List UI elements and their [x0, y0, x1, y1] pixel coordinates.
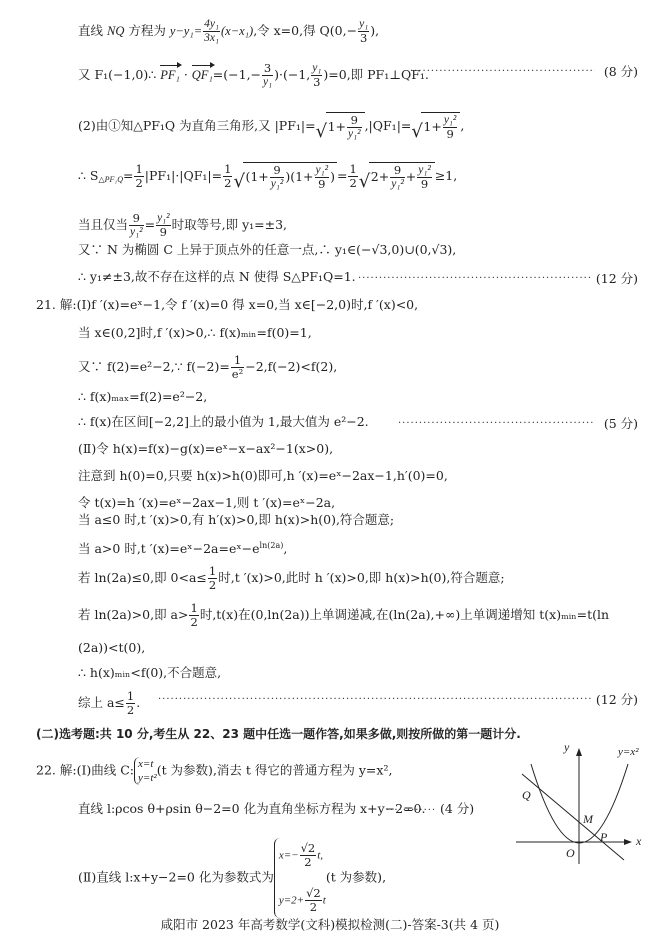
- q21-line-13: (2a))<t(0),: [78, 640, 145, 656]
- answer-key-page: 直线 NQ 方程为 y−y₁=4y₁3x₁(x−x₁),令 x=0,得 Q(0,…: [0, 0, 660, 951]
- score-label: (8 分): [604, 62, 638, 80]
- q21-line-11: 若 ln(2a)≤0,即 0<a≤12时,t ′(x)>0,此时 h ′(x)>…: [78, 565, 505, 592]
- q21-line-5: ∴ f(x)在区间[−2,2]上的最小值为 1,最大值为 e²−2.: [78, 414, 369, 430]
- y-axis-arrow-icon: [576, 748, 582, 756]
- fraction: y₁3: [311, 62, 322, 89]
- q21-line-1: 21. 解:(Ⅰ)f ′(x)=eˣ−1,令 f ′(x)=0 得 x=0,当 …: [36, 297, 418, 313]
- q21-line-15: 综上 a≤12.: [78, 690, 140, 717]
- line-no-point: ∴ y₁≠±3,故不存在这样的点 N 使得 S△PF₁Q=1.: [78, 269, 356, 285]
- line-nq-equation: 直线 NQ 方程为 y−y₁=4y₁3x₁(x−x₁),令 x=0,得 Q(0,…: [78, 18, 379, 45]
- fraction: y₁3: [358, 18, 369, 45]
- score-label: (12 分): [596, 690, 638, 708]
- q22-line-3: (Ⅱ)直线 l:x+y−2=0 化为参数式为x=−√22t,y=2+√22t(t…: [78, 838, 386, 918]
- parabola-line-graph: y x y=x² Q M P O: [508, 742, 658, 867]
- leader-dots: ········································…: [358, 273, 593, 284]
- leader-dots: ········································…: [158, 694, 593, 705]
- q21-line-10: 当 a>0 时,t ′(x)=eˣ−2a=eˣ−eln(2a),: [78, 538, 287, 557]
- leader-dots: ········································…: [410, 66, 595, 77]
- q22-line-1: 22. 解:(Ⅰ)曲线 C:x=ty=t²(t 为参数),消去 t 得它的普通方…: [36, 757, 392, 785]
- curve-label: y=x²: [618, 746, 639, 758]
- q21-line-14: ∴ h(x)ₘᵢₙ<f(0),不合题意,: [78, 665, 221, 681]
- score-label: (4 分): [440, 801, 474, 817]
- page-footer: 咸阳市 2023 年高考数学(文科)模拟检测(二)-答案-3(共 4 页): [0, 915, 660, 933]
- q21-line-2: 当 x∈(0,2]时,f ′(x)>0,∴ f(x)ₘᵢₙ=f(0)=1,: [78, 325, 312, 341]
- line-ellipse-range: 又∵ N 为椭圆 C 上异于顶点外的任意一点,∴ y₁∈(−√3,0)∪(0,√…: [78, 242, 456, 258]
- line-right-triangle: (2)由①知△PF₁Q 为直角三角形,又 |PF₁|=√1+9y₁²,|QF₁|…: [78, 112, 464, 141]
- score-label: (5 分): [604, 414, 638, 432]
- fraction: 4y₁3x₁: [203, 18, 220, 45]
- origin-label: O: [566, 846, 575, 861]
- q21-line-6: (Ⅱ)令 h(x)=f(x)−g(x)=eˣ−x−ax²−1(x>0),: [78, 441, 333, 457]
- x-axis-arrow-icon: [624, 839, 632, 845]
- piecewise-system: x=ty=t²: [134, 757, 157, 785]
- q21-line-8: 令 t(x)=h ′(x)=eˣ−2ax−1,则 t ′(x)=eˣ−2a,: [78, 495, 335, 511]
- fraction: 3y₁: [262, 62, 273, 89]
- leader-dots: ········································…: [398, 418, 593, 429]
- line-dot-product: 又 F₁(−1,0)∴ PF₁ · QF₁=(−1,−3y₁)·(−1,y₁3)…: [78, 62, 429, 89]
- x-axis-label: x: [636, 834, 641, 849]
- q21-line-12: 若 ln(2a)>0,即 a>12时,t(x)在(0,ln(2a))上单调递减,…: [78, 602, 609, 629]
- q21-line-4: ∴ f(x)ₘₐₓ=f(2)=e²−2,: [78, 389, 207, 405]
- q21-line-7: 注意到 h(0)=0,只要 h(x)>h(0)即可,h ′(x)=eˣ−2ax−…: [78, 468, 448, 484]
- q21-line-3: 又∵ f(2)=e²−2,∵ f(−2)=1e²−2,f(−2)<f(2),: [78, 354, 337, 381]
- line-area: ∴ S△PF₁Q=12|PF₁|·|QF₁|=12√(1+9y₁²)(1+y₁²…: [78, 162, 457, 191]
- vector-pf1: PF₁: [160, 67, 180, 83]
- q21-line-9: 当 a≤0 时,t ′(x)>0,有 h′(x)>0,即 h(x)>h(0),符…: [78, 512, 394, 528]
- line-equality-condition: 当且仅当9y₁²=y₁²9时取等号,即 y₁=±3,: [78, 212, 287, 239]
- vector-qf1: QF₁: [192, 67, 213, 83]
- sqrt: √1+y₁²9: [411, 112, 460, 141]
- parametric-system: x=−√22t,y=2+√22t: [274, 838, 326, 918]
- point-q-label: Q: [522, 788, 531, 803]
- score-label: (12 分): [596, 269, 638, 287]
- sqrt: √1+9y₁²: [316, 112, 365, 141]
- q22-line-2: 直线 l:ρcos θ+ρsin θ−2=0 化为直角坐标方程为 x+y−2=0…: [78, 801, 425, 817]
- leader-dots: ·············: [386, 805, 434, 816]
- y-axis-label: y: [564, 740, 569, 755]
- point-m-label: M: [583, 812, 593, 827]
- point-p-label: P: [600, 830, 607, 845]
- section-elective-heading: (二)选考题:共 10 分,考生从 22、23 题中任选一题作答,如果多做,则按…: [36, 726, 521, 742]
